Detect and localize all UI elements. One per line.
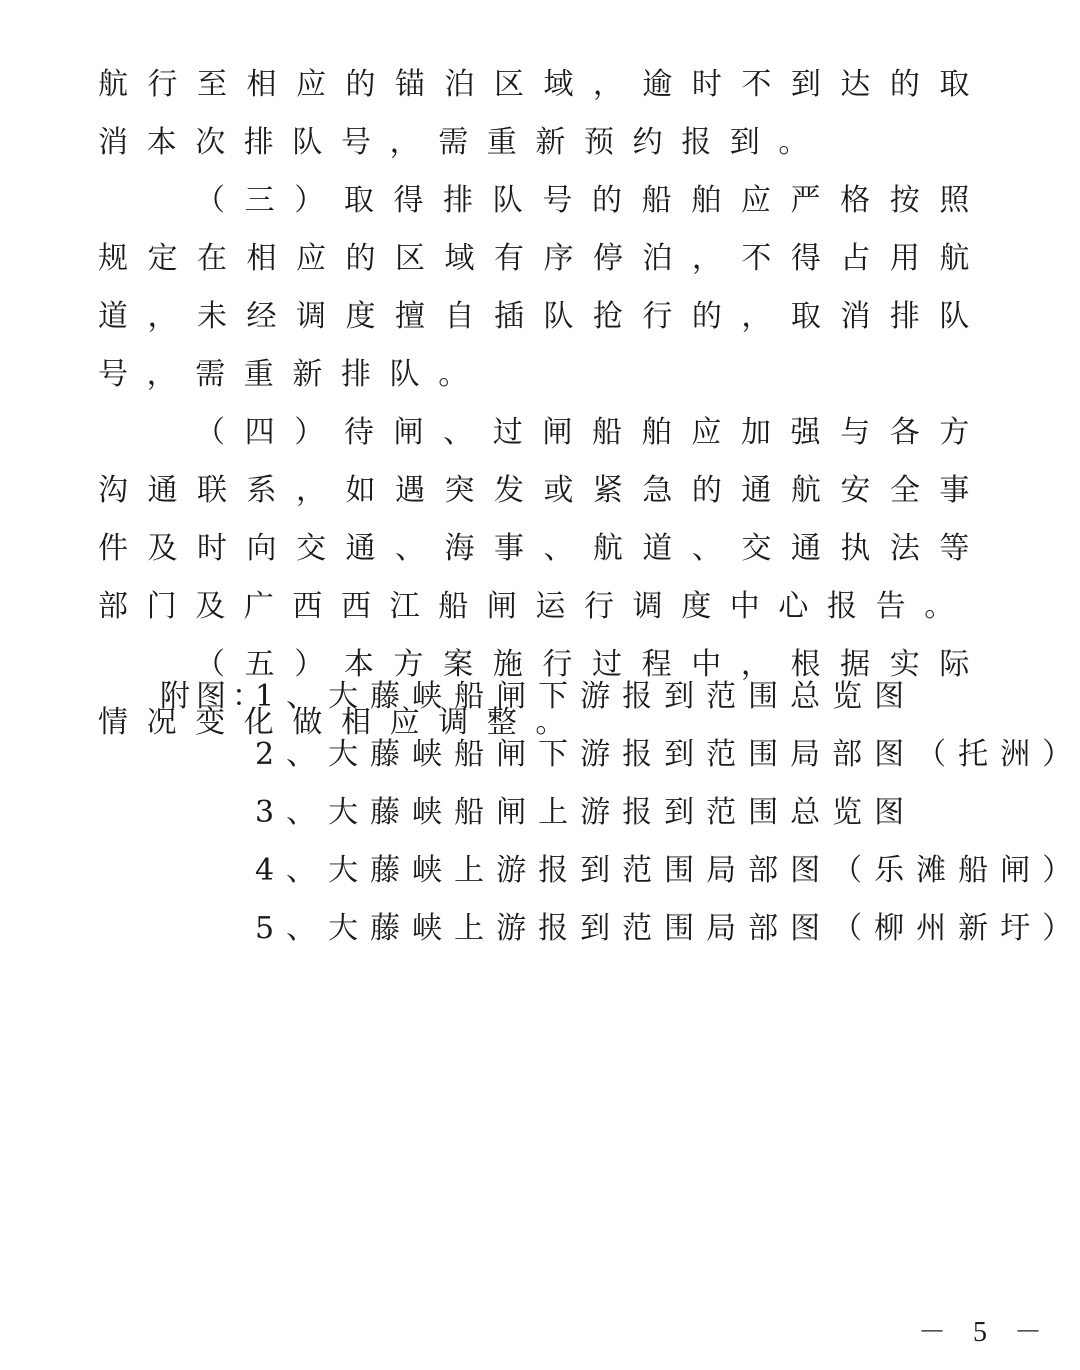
attachments-label: 附图： bbox=[160, 668, 255, 726]
paragraph-item-4: （四）待闸、过闸船舶应加强与各方沟通联系，如遇突发或紧急的通航安全事件及时向交通… bbox=[98, 404, 988, 636]
attachment-item: 2、大藤峡船闸下游报到范围局部图（托洲） bbox=[160, 726, 1080, 784]
attachment-item: 3、大藤峡船闸上游报到范围总览图 bbox=[160, 784, 1080, 842]
document-page: 航行至相应的锚泊区域，逾时不到达的取消本次排队号，需重新预约报到。 （三）取得排… bbox=[0, 0, 1080, 1370]
body-text: 航行至相应的锚泊区域，逾时不到达的取消本次排队号，需重新预约报到。 （三）取得排… bbox=[98, 56, 988, 752]
attachment-item: 5、大藤峡上游报到范围局部图（柳州新圩） bbox=[160, 900, 1080, 958]
paragraph-continued: 航行至相应的锚泊区域，逾时不到达的取消本次排队号，需重新预约报到。 bbox=[98, 56, 988, 172]
attachment-item: 4、大藤峡上游报到范围局部图（乐滩船闸） bbox=[160, 842, 1080, 900]
attachment-item: 1、大藤峡船闸下游报到范围总览图 bbox=[255, 679, 916, 714]
paragraph-item-3: （三）取得排队号的船舶应严格按照规定在相应的区域有序停泊，不得占用航道，未经调度… bbox=[98, 172, 988, 404]
attachments-list: 附图：1、大藤峡船闸下游报到范围总览图 2、大藤峡船闸下游报到范围局部图（托洲）… bbox=[160, 668, 1080, 958]
attachment-row: 附图：1、大藤峡船闸下游报到范围总览图 bbox=[160, 668, 1080, 726]
page-number: － 5 － bbox=[918, 1310, 1052, 1350]
